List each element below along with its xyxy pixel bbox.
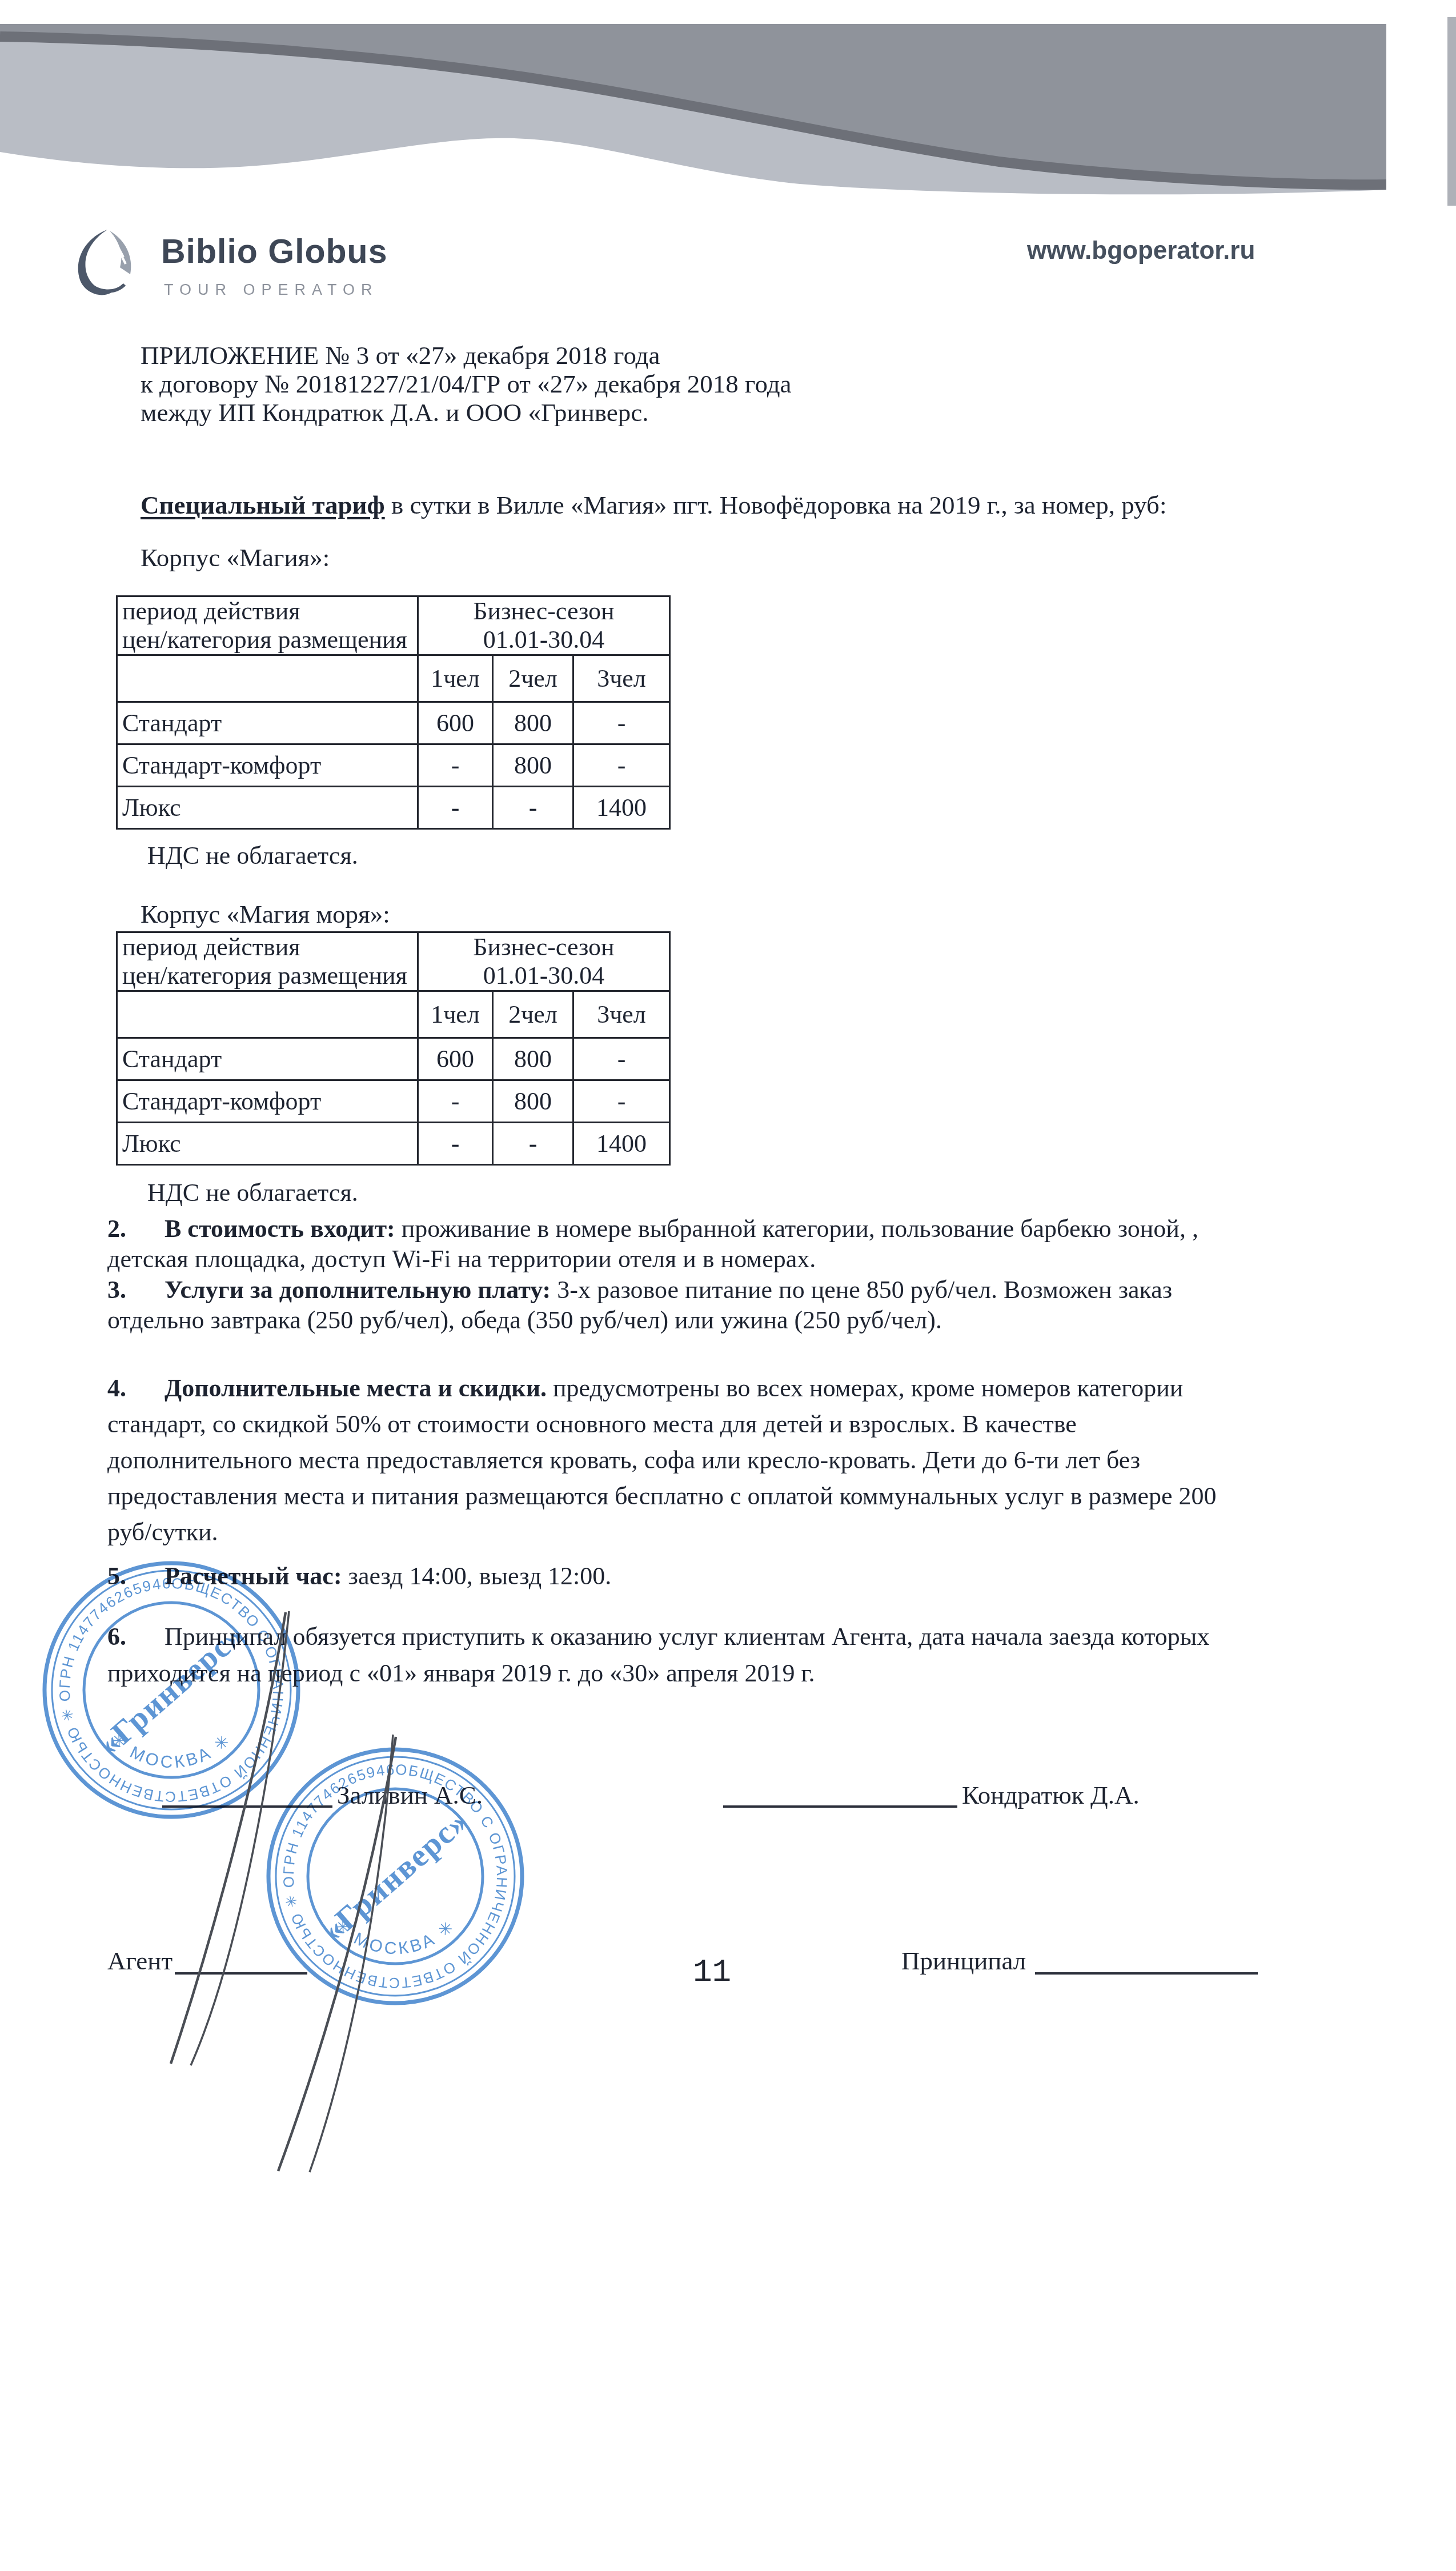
paragraph-number: 3. [107,1275,165,1305]
price-cell: - [418,744,493,787]
paragraph-3-extra-services: 3.Услуги за дополнительную плату: 3-х ра… [107,1275,1370,1335]
price-cell: - [573,1038,670,1080]
special-tariff-line: Специальный тариф в сутки в Вилле «Магия… [141,490,1166,520]
price-cell: 600 [418,1038,493,1080]
table-row: Люкс - - 1400 [117,787,670,829]
scanned-document-page: Biblio Globus TOUR OPERATOR www.bgoperat… [0,0,1456,2571]
website-url: www.bgoperator.ru [1027,237,1255,265]
principal-signatory-name: Кондратюк Д.А. [962,1780,1140,1810]
category-cell: Стандарт [117,702,418,744]
occupancy-header: 2чел [493,991,573,1038]
price-cell: 800 [493,702,573,744]
table-row: Стандарт-комфорт - 800 - [117,1080,670,1123]
price-cell: - [418,1123,493,1165]
category-cell: Стандарт-комфорт [117,744,418,787]
price-cell: 800 [493,744,573,787]
paragraph-4-extra-beds: 4.Дополнительные места и скидки. предусм… [107,1370,1370,1550]
occupancy-header: 2чел [493,655,573,702]
special-tariff-bold: Специальный тариф [141,491,385,519]
price-cell: - [573,744,670,787]
agent-label: Агент [107,1946,173,1976]
price-cell: 1400 [573,1123,670,1165]
category-cell: Стандарт [117,1038,418,1080]
price-cell: - [573,1080,670,1123]
price-cell: 600 [418,702,493,744]
paragraph-lead: В стоимость входит: [165,1215,395,1243]
vat-note: НДС не облагается. [147,841,358,870]
appendix-title-block: ПРИЛОЖЕНИЕ № 3 от «27» декабря 2018 года… [141,341,792,427]
occupancy-header: 3чел [573,655,670,702]
biblio-globus-logo-icon [67,226,144,303]
principal-bottom-line [1035,1972,1258,1975]
paragraph-lead: Дополнительные места и скидки. [165,1374,547,1402]
logo-title: Biblio Globus [161,232,387,271]
occupancy-header: 1чел [418,991,493,1038]
paragraph-2-included: 2.В стоимость входит: проживание в номер… [107,1214,1370,1274]
table-corner-header: период действия цен/категория размещения [117,932,418,991]
vat-note: НДС не облагается. [147,1178,358,1207]
table-season-header: Бизнес-сезон 01.01-30.04 [418,596,670,655]
price-cell: 800 [493,1038,573,1080]
price-cell: - [418,787,493,829]
price-cell: 1400 [573,787,670,829]
special-tariff-rest: в сутки в Вилле «Магия» пгт. Новофёдоров… [385,491,1167,519]
price-cell: - [418,1080,493,1123]
section-label-magiya-morya: Корпус «Магия моря»: [141,899,390,929]
price-cell: - [573,702,670,744]
occupancy-header: 3чел [573,991,670,1038]
table-empty-cell [117,991,418,1038]
table-season-header: Бизнес-сезон 01.01-30.04 [418,932,670,991]
price-cell: 800 [493,1080,573,1123]
principal-signature-line [723,1805,957,1808]
category-cell: Люкс [117,787,418,829]
table-row: Люкс - - 1400 [117,1123,670,1165]
grinvers-stamp-icon [252,1733,538,2019]
paragraph-number: 4. [107,1370,165,1406]
category-cell: Люкс [117,1123,418,1165]
paragraph-lead: Услуги за дополнительную плату: [165,1276,551,1304]
occupancy-header: 1чел [418,655,493,702]
tariff-table-magiya-morya: период действия цен/категория размещения… [116,931,671,1166]
paragraph-text: заезд 14:00, выезд 12:00. [348,1562,612,1590]
table-row: Стандарт 600 800 - [117,702,670,744]
logo-subtitle: TOUR OPERATOR [164,281,379,299]
principal-label: Принципал [901,1946,1026,1976]
section-label-magiya: Корпус «Магия»: [141,543,330,572]
table-row: Стандарт 600 800 - [117,1038,670,1080]
table-row: Стандарт-комфорт - 800 - [117,744,670,787]
scan-edge-artifact [1447,17,1456,206]
page-number: 11 [693,1954,731,1991]
tariff-table-magiya: период действия цен/категория размещения… [116,595,671,830]
table-corner-header: период действия цен/категория размещения [117,596,418,655]
header-wave-banner [0,24,1386,206]
table-empty-cell [117,655,418,702]
price-cell: - [493,787,573,829]
paragraph-number: 2. [107,1214,165,1244]
price-cell: - [493,1123,573,1165]
category-cell: Стандарт-комфорт [117,1080,418,1123]
